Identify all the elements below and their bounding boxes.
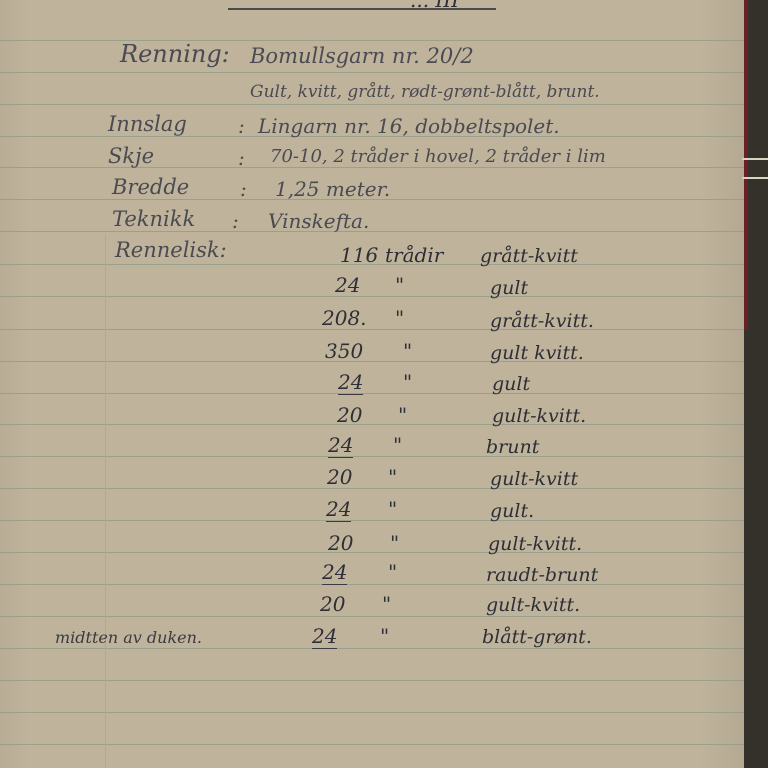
margin-note: midtten av duken. — [55, 628, 202, 647]
thread-color: gult-kvitt. — [486, 594, 580, 616]
thread-unit: " — [393, 433, 402, 457]
thread-color: blått-grønt. — [482, 626, 592, 648]
binding-thread — [742, 177, 768, 179]
thread-count: 24 — [338, 370, 363, 395]
thread-unit: " — [382, 592, 391, 616]
rule-line — [0, 584, 744, 585]
rule-line — [0, 744, 744, 745]
renning-colors: Gult, kvitt, grått, rødt-grønt-blått, br… — [250, 82, 600, 102]
spec-value: 70-10, 2 tråder i hovel, 2 tråder i lim — [270, 146, 606, 167]
binding-thread — [742, 158, 768, 160]
thread-unit: " — [380, 624, 389, 648]
thread-count: 20 — [320, 592, 345, 616]
thread-color: raudt-brunt — [486, 564, 598, 586]
thread-unit: " — [388, 497, 397, 521]
rule-line — [0, 72, 744, 73]
thread-color: gult-kvitt. — [492, 405, 586, 427]
thread-unit: " — [398, 403, 407, 427]
rule-line — [0, 329, 744, 330]
thread-count: 24 — [326, 497, 351, 522]
rule-line — [0, 488, 744, 489]
thread-color: gult — [490, 277, 528, 299]
rule-line — [0, 456, 744, 457]
spec-value: 1,25 meter. — [275, 177, 390, 201]
margin-line — [105, 235, 106, 768]
notebook-page: ... III Renning: Bomullsgarn nr. 20/2 Gu… — [0, 0, 744, 768]
thread-color: gult kvitt. — [490, 342, 584, 364]
spec-label: Innslag — [108, 112, 187, 136]
spec-sep: : — [232, 209, 239, 233]
thread-count: 350 — [325, 339, 363, 363]
rule-line — [0, 231, 744, 232]
thread-unit: " — [403, 370, 412, 394]
thread-count: 24 — [328, 433, 353, 458]
renning-value: Bomullsgarn nr. 20/2 — [250, 44, 474, 68]
spec-label: Skje — [108, 144, 154, 168]
thread-count: 24 — [312, 624, 337, 649]
rule-line — [0, 680, 744, 681]
thread-color: gult — [492, 373, 530, 395]
thread-count: 20 — [327, 465, 352, 489]
thread-unit: " — [390, 531, 399, 555]
thread-count: 20 — [337, 403, 362, 427]
rule-line — [0, 104, 744, 105]
thread-color: brunt — [486, 436, 539, 458]
thread-unit: " — [388, 465, 397, 489]
rule-line — [0, 296, 744, 297]
thread-count: 24 — [335, 273, 360, 297]
spec-sep: : — [240, 177, 247, 201]
spec-sep: : — [238, 146, 245, 170]
thread-unit: trådir — [385, 243, 443, 267]
rule-line — [0, 40, 744, 41]
rule-line — [0, 616, 744, 617]
thread-unit: " — [395, 306, 404, 330]
thread-count: 116 — [340, 243, 378, 267]
thread-unit: " — [388, 560, 397, 584]
spec-label: Bredde — [112, 175, 189, 199]
rule-line — [0, 393, 744, 394]
thread-count: 24 — [322, 560, 347, 585]
thread-color: gult-kvitt — [490, 468, 578, 490]
rule-line — [0, 712, 744, 713]
thread-count: 208. — [322, 306, 367, 330]
thread-unit: " — [403, 339, 412, 363]
spec-label: Teknikk — [112, 207, 195, 231]
thread-color: gult. — [490, 500, 534, 522]
thread-unit: " — [395, 273, 404, 297]
thread-count: 20 — [328, 531, 353, 555]
rennelist-label: Rennelisk: — [115, 238, 227, 262]
rule-line — [0, 361, 744, 362]
thread-color: grått-kvitt. — [490, 310, 594, 332]
spec-value: Lingarn nr. 16, dobbeltspolet. — [258, 114, 560, 138]
rule-line — [0, 648, 744, 649]
spec-value: Vinskeftа. — [268, 209, 369, 233]
spec-sep: : — [238, 114, 245, 138]
thread-color: gult-kvitt. — [488, 533, 582, 555]
rule-line — [0, 424, 744, 425]
thread-color: grått-kvitt — [480, 245, 578, 267]
title-fragment: ... III — [410, 0, 459, 12]
renning-label: Renning: — [120, 40, 230, 68]
spine-red-edge — [744, 0, 748, 330]
rule-line — [0, 520, 744, 521]
title-underline — [228, 8, 496, 10]
rule-line — [0, 552, 744, 553]
